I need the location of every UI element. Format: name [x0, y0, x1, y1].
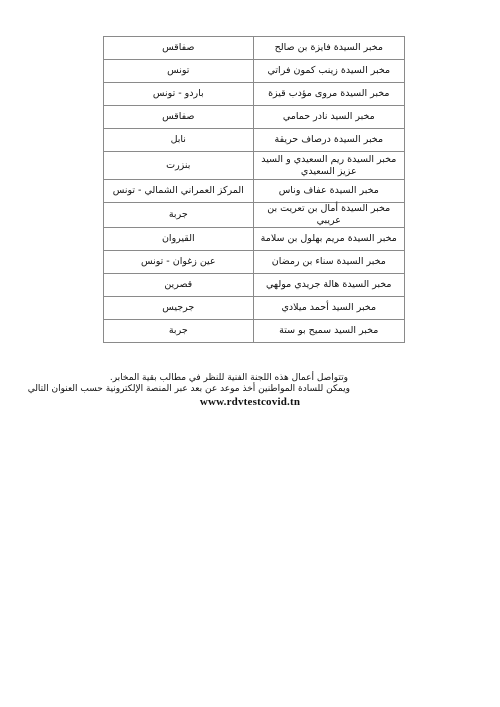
table-row: مخبر السيد نادر حمامي صفاقس: [104, 106, 405, 129]
labs-table: مخبر السيدة فايزة بن صالح صفاقس مخبر الس…: [103, 36, 405, 343]
document-page: مخبر السيدة فايزة بن صالح صفاقس مخبر الس…: [0, 0, 500, 707]
lab-name: مخبر السيدة أمال بن تعريت بن عريبي: [253, 203, 404, 228]
lab-name: مخبر السيدة مريم بهلول بن سلامة: [253, 228, 404, 251]
closing-paragraph: وتتواصل أعمال هذه اللجنة الفنية للنظر في…: [150, 373, 350, 395]
lab-name: مخبر السيدة فايزة بن صالح: [253, 37, 404, 60]
lab-city: جربة: [104, 203, 254, 228]
table-row: مخبر السيدة سناء بن رمضان عين زغوان - تو…: [104, 251, 405, 274]
lab-city: تونس: [104, 60, 254, 83]
table-row: مخبر السيدة مريم بهلول بن سلامة القيروان: [104, 228, 405, 251]
table-row: مخبر السيدة زينب كمون فراتي تونس: [104, 60, 405, 83]
lab-name: مخبر السيد سميح بو ستة: [253, 320, 404, 343]
lab-city: نابل: [104, 129, 254, 152]
table-row: مخبر السيدة عفاف وناس المركز العمراني ال…: [104, 180, 405, 203]
table-row: مخبر السيدة فايزة بن صالح صفاقس: [104, 37, 405, 60]
lab-name: مخبر السيدة سناء بن رمضان: [253, 251, 404, 274]
lab-city: جرجيس: [104, 297, 254, 320]
table-row: مخبر السيدة مروى مؤدب قيزة باردو - تونس: [104, 83, 405, 106]
lab-city: باردو - تونس: [104, 83, 254, 106]
lab-city: بنزرت: [104, 152, 254, 180]
lab-name: مخبر السيد أحمد ميلادي: [253, 297, 404, 320]
lab-name: مخبر السيدة زينب كمون فراتي: [253, 60, 404, 83]
paragraph-line-1: وتتواصل أعمال هذه اللجنة الفنية للنظر في…: [150, 373, 348, 384]
table-row: مخبر السيدة ريم السعيدي و السيد عزيز الس…: [104, 152, 405, 180]
lab-city: جربة: [104, 320, 254, 343]
table-row: مخبر السيدة أمال بن تعريت بن عريبي جربة: [104, 203, 405, 228]
lab-name: مخبر السيدة مروى مؤدب قيزة: [253, 83, 404, 106]
lab-city: المركز العمراني الشمالي - تونس: [104, 180, 254, 203]
paragraph-line-2: ويمكن للسادة المواطنين أخذ موعد عن بعد ع…: [150, 384, 350, 395]
lab-city: قصرين: [104, 274, 254, 297]
platform-url[interactable]: www.rdvtestcovid.tn: [190, 396, 310, 408]
lab-city: صفاقس: [104, 106, 254, 129]
lab-name: مخبر السيدة عفاف وناس: [253, 180, 404, 203]
lab-city: عين زغوان - تونس: [104, 251, 254, 274]
lab-name: مخبر السيدة ريم السعيدي و السيد عزيز الس…: [253, 152, 404, 180]
table-row: مخبر السيد أحمد ميلادي جرجيس: [104, 297, 405, 320]
table-row: مخبر السيد سميح بو ستة جربة: [104, 320, 405, 343]
table-row: مخبر السيدة درصاف حريقة نابل: [104, 129, 405, 152]
table-row: مخبر السيدة هالة جريدي مولهي قصرين: [104, 274, 405, 297]
lab-name: مخبر السيدة هالة جريدي مولهي: [253, 274, 404, 297]
lab-name: مخبر السيدة درصاف حريقة: [253, 129, 404, 152]
lab-name: مخبر السيد نادر حمامي: [253, 106, 404, 129]
lab-city: القيروان: [104, 228, 254, 251]
lab-city: صفاقس: [104, 37, 254, 60]
